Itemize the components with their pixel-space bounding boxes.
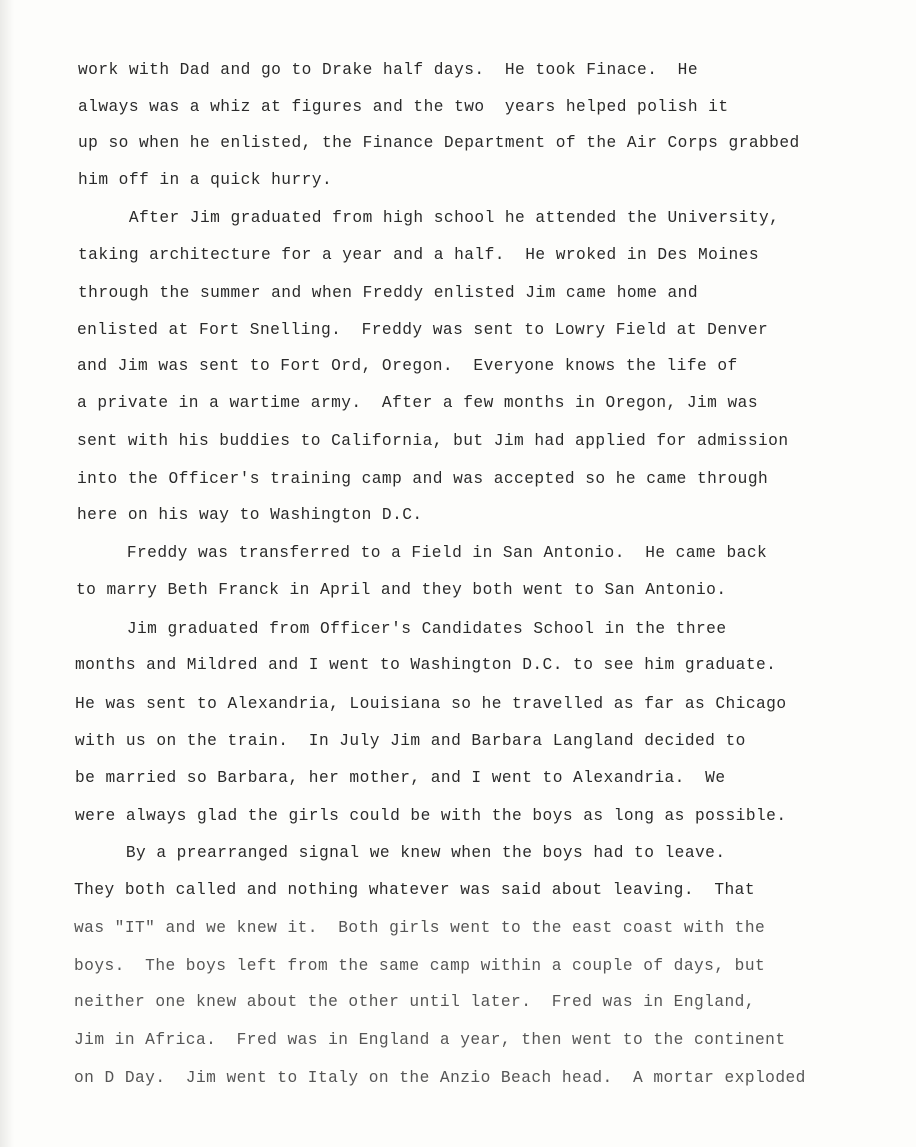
text-line: were always glad the girls could be with… — [75, 806, 787, 826]
text-line: to marry Beth Franck in April and they b… — [76, 580, 727, 600]
text-line: sent with his buddies to California, but… — [77, 431, 789, 451]
text-line: with us on the train. In July Jim and Ba… — [75, 731, 746, 751]
text-line: By a prearranged signal we knew when the… — [75, 843, 726, 863]
text-line: up so when he enlisted, the Finance Depa… — [78, 133, 800, 153]
text-line: here on his way to Washington D.C. — [77, 505, 423, 525]
text-line: months and Mildred and I went to Washing… — [75, 655, 776, 675]
typewritten-page: work with Dad and go to Drake half days.… — [0, 0, 916, 1147]
text-line: They both called and nothing whatever wa… — [74, 880, 755, 900]
text-line: be married so Barbara, her mother, and I… — [75, 768, 726, 788]
text-line: work with Dad and go to Drake half days.… — [78, 60, 698, 80]
text-line: Jim graduated from Officer's Candidates … — [76, 619, 727, 639]
text-line: him off in a quick hurry. — [78, 170, 332, 190]
scan-edge-shadow — [0, 0, 14, 1147]
text-line: on D Day. Jim went to Italy on the Anzio… — [74, 1068, 806, 1088]
text-line: neither one knew about the other until l… — [74, 992, 755, 1012]
text-line: boys. The boys left from the same camp w… — [74, 956, 765, 976]
text-line: always was a whiz at figures and the two… — [78, 97, 729, 117]
text-line: and Jim was sent to Fort Ord, Oregon. Ev… — [77, 356, 738, 376]
text-line: taking architecture for a year and a hal… — [78, 245, 759, 265]
text-line: through the summer and when Freddy enlis… — [78, 283, 698, 303]
text-line: Freddy was transferred to a Field in San… — [76, 543, 767, 563]
text-line: He was sent to Alexandria, Louisiana so … — [75, 694, 787, 714]
text-line: Jim in Africa. Fred was in England a yea… — [74, 1030, 786, 1050]
text-line: into the Officer's training camp and was… — [77, 469, 768, 489]
text-line: a private in a wartime army. After a few… — [77, 393, 758, 413]
text-line: After Jim graduated from high school he … — [78, 208, 779, 228]
text-line: enlisted at Fort Snelling. Freddy was se… — [77, 320, 768, 340]
text-line: was "IT" and we knew it. Both girls went… — [74, 918, 765, 938]
